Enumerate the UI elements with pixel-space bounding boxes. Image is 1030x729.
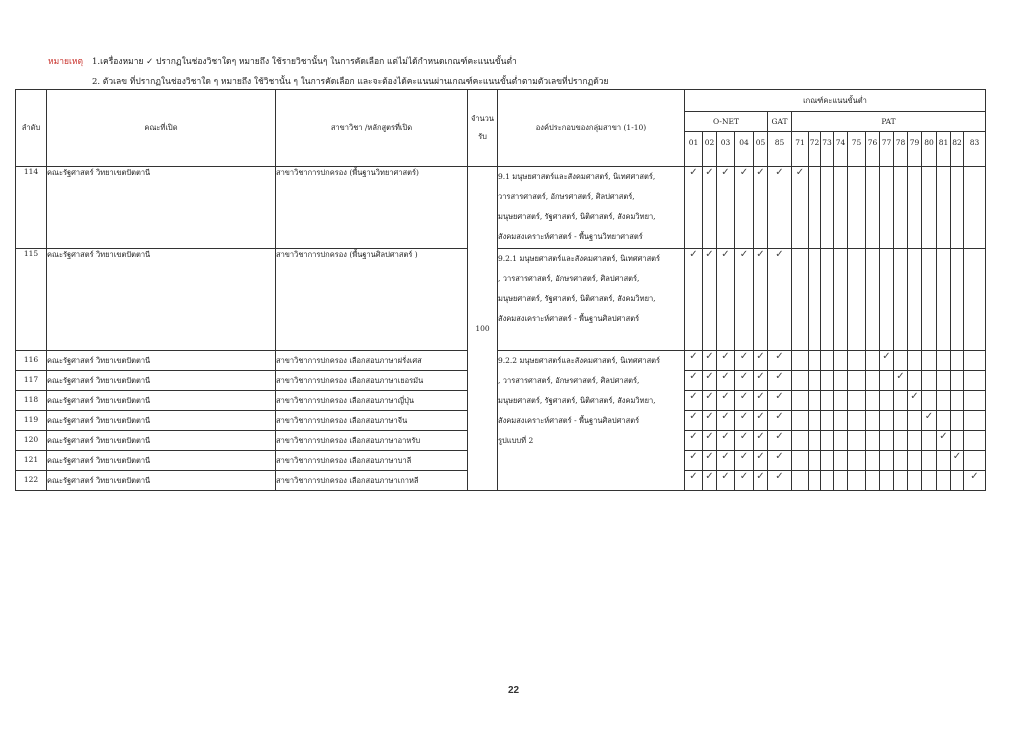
empty-cell: [964, 391, 986, 411]
check-icon-cell: ✓: [735, 451, 754, 471]
empty-cell: [866, 249, 880, 351]
quota-value: 100: [468, 167, 498, 491]
empty-cell: [922, 249, 937, 351]
empty-cell: [964, 411, 986, 431]
empty-cell: [848, 451, 866, 471]
empty-cell: [951, 411, 964, 431]
component-line: 9.1 มนุษยศาสตร์และสังคมศาสตร์, นิเทศศาสต…: [498, 167, 684, 187]
empty-cell: [951, 391, 964, 411]
empty-cell: [821, 371, 834, 391]
empty-cell: [908, 351, 922, 371]
subject-code-03: 03: [717, 132, 735, 167]
check-icon-cell: ✓: [685, 471, 703, 491]
subject-code-79: 79: [908, 132, 922, 167]
check-icon-cell: ✓: [754, 167, 768, 249]
empty-cell: [866, 411, 880, 431]
admission-criteria-table: ลำดับ คณะที่เปิด สาขาวิชา /หลักสูตรที่เป…: [15, 89, 986, 491]
check-icon-cell: ✓: [685, 167, 703, 249]
check-icon-cell: ✓: [685, 391, 703, 411]
table-row: 116คณะรัฐศาสตร์ วิทยาเขตปัตตานีสาขาวิชาก…: [16, 351, 986, 371]
check-icon-cell: ✓: [703, 371, 717, 391]
check-icon-cell: ✓: [768, 431, 792, 451]
empty-cell: [809, 451, 821, 471]
row-order: 122: [16, 471, 47, 491]
row-faculty: คณะรัฐศาสตร์ วิทยาเขตปัตตานี: [47, 411, 276, 431]
empty-cell: [922, 451, 937, 471]
row-faculty: คณะรัฐศาสตร์ วิทยาเขตปัตตานี: [47, 391, 276, 411]
empty-cell: [964, 351, 986, 371]
empty-cell: [894, 167, 908, 249]
empty-cell: [821, 411, 834, 431]
check-icon-cell: ✓: [685, 431, 703, 451]
empty-cell: [908, 451, 922, 471]
header-program: สาขาวิชา /หลักสูตรที่เปิด: [276, 90, 468, 167]
empty-cell: [922, 431, 937, 451]
check-icon-cell: ✓: [754, 431, 768, 451]
subject-code-05: 05: [754, 132, 768, 167]
row-program: สาขาวิชาการปกครอง เลือกสอบภาษาเยอรมัน: [276, 371, 468, 391]
check-icon-cell: ✓: [703, 391, 717, 411]
empty-cell: [894, 411, 908, 431]
empty-cell: [937, 167, 951, 249]
subject-code-71: 71: [792, 132, 809, 167]
row-order: 118: [16, 391, 47, 411]
check-icon-cell: ✓: [754, 411, 768, 431]
check-icon-cell: ✓: [735, 471, 754, 491]
header-quota: จำนวนรับ: [468, 90, 498, 167]
subject-code-73: 73: [821, 132, 834, 167]
check-icon-cell: ✓: [717, 451, 735, 471]
empty-cell: [834, 411, 848, 431]
subject-code-74: 74: [834, 132, 848, 167]
component-line: 9.2.2 มนุษยศาสตร์และสังคมศาสตร์, นิเทศศา…: [498, 351, 684, 371]
row-order: 119: [16, 411, 47, 431]
empty-cell: [951, 249, 964, 351]
check-icon-cell: ✓: [908, 391, 922, 411]
note-line-1: หมายเหตุ1.เครื่องหมาย ✓ ปรากฏในช่องวิชาใ…: [48, 52, 608, 72]
empty-cell: [937, 351, 951, 371]
empty-cell: [834, 371, 848, 391]
check-icon-cell: ✓: [768, 167, 792, 249]
check-icon-cell: ✓: [951, 451, 964, 471]
empty-cell: [880, 371, 894, 391]
subject-code-81: 81: [937, 132, 951, 167]
empty-cell: [894, 351, 908, 371]
empty-cell: [951, 471, 964, 491]
notes-label: หมายเหตุ: [48, 52, 92, 72]
empty-cell: [908, 249, 922, 351]
empty-cell: [880, 451, 894, 471]
table-row: 114คณะรัฐศาสตร์ วิทยาเขตปัตตานีสาขาวิชาก…: [16, 167, 986, 249]
check-icon-cell: ✓: [768, 351, 792, 371]
check-icon-cell: ✓: [685, 351, 703, 371]
empty-cell: [821, 471, 834, 491]
subject-code-76: 76: [866, 132, 880, 167]
row-order: 117: [16, 371, 47, 391]
table-row: 115คณะรัฐศาสตร์ วิทยาเขตปัตตานีสาขาวิชาก…: [16, 249, 986, 351]
empty-cell: [848, 371, 866, 391]
subject-code-77: 77: [880, 132, 894, 167]
empty-cell: [964, 431, 986, 451]
empty-cell: [964, 451, 986, 471]
check-icon-cell: ✓: [768, 371, 792, 391]
empty-cell: [880, 391, 894, 411]
row-program: สาขาวิชาการปกครอง เลือกสอบภาษาเกาหลี: [276, 471, 468, 491]
row-faculty: คณะรัฐศาสตร์ วิทยาเขตปัตตานี: [47, 451, 276, 471]
empty-cell: [908, 431, 922, 451]
subject-code-80: 80: [922, 132, 937, 167]
component-line: มนุษยศาสตร์, รัฐศาสตร์, นิติศาสตร์, สังค…: [498, 289, 684, 309]
empty-cell: [937, 471, 951, 491]
component-line: วารสารศาสตร์, อักษรศาสตร์, ศิลปศาสตร์,: [498, 187, 684, 207]
empty-cell: [894, 451, 908, 471]
empty-cell: [809, 411, 821, 431]
row-faculty: คณะรัฐศาสตร์ วิทยาเขตปัตตานี: [47, 167, 276, 249]
check-icon-cell: ✓: [922, 411, 937, 431]
empty-cell: [951, 371, 964, 391]
component-line: สังคมสงเคราะห์ศาสตร์ - พื้นฐานศิลปศาสตร์: [498, 309, 684, 329]
empty-cell: [866, 471, 880, 491]
empty-cell: [922, 391, 937, 411]
component-line: สังคมสงเคราะห์ศาสตร์ - พื้นฐานศิลปศาสตร์: [498, 411, 684, 431]
empty-cell: [937, 451, 951, 471]
check-icon-cell: ✓: [768, 471, 792, 491]
check-icon-cell: ✓: [792, 167, 809, 249]
empty-cell: [951, 351, 964, 371]
empty-cell: [834, 167, 848, 249]
subject-code-75: 75: [848, 132, 866, 167]
row-components: 9.2.1 มนุษยศาสตร์และสังคมศาสตร์, นิเทศศา…: [498, 249, 685, 351]
empty-cell: [834, 471, 848, 491]
empty-cell: [937, 249, 951, 351]
check-icon-cell: ✓: [754, 371, 768, 391]
header-faculty: คณะที่เปิด: [47, 90, 276, 167]
empty-cell: [880, 167, 894, 249]
empty-cell: [821, 451, 834, 471]
empty-cell: [792, 471, 809, 491]
check-icon-cell: ✓: [717, 351, 735, 371]
check-icon-cell: ✓: [717, 431, 735, 451]
empty-cell: [821, 351, 834, 371]
component-line: , วารสารศาสตร์, อักษรศาสตร์, ศิลปศาสตร์,: [498, 371, 684, 391]
subject-code-85: 85: [768, 132, 792, 167]
check-icon-cell: ✓: [685, 451, 703, 471]
notes-section: หมายเหตุ1.เครื่องหมาย ✓ ปรากฏในช่องวิชาใ…: [48, 52, 608, 92]
check-icon-cell: ✓: [735, 351, 754, 371]
row-order: 121: [16, 451, 47, 471]
empty-cell: [821, 431, 834, 451]
empty-cell: [964, 371, 986, 391]
check-icon-cell: ✓: [717, 391, 735, 411]
row-faculty: คณะรัฐศาสตร์ วิทยาเขตปัตตานี: [47, 371, 276, 391]
empty-cell: [848, 471, 866, 491]
check-icon-cell: ✓: [703, 431, 717, 451]
row-order: 116: [16, 351, 47, 371]
check-icon-cell: ✓: [685, 249, 703, 351]
empty-cell: [809, 351, 821, 371]
empty-cell: [848, 431, 866, 451]
row-components: 9.2.2 มนุษยศาสตร์และสังคมศาสตร์, นิเทศศา…: [498, 351, 685, 491]
empty-cell: [866, 451, 880, 471]
row-faculty: คณะรัฐศาสตร์ วิทยาเขตปัตตานี: [47, 249, 276, 351]
empty-cell: [922, 471, 937, 491]
row-program: สาขาวิชาการปกครอง เลือกสอบภาษาฝรั่งเศส: [276, 351, 468, 371]
empty-cell: [848, 249, 866, 351]
empty-cell: [951, 431, 964, 451]
empty-cell: [848, 167, 866, 249]
empty-cell: [880, 471, 894, 491]
check-icon-cell: ✓: [703, 451, 717, 471]
header-onet: O-NET: [685, 112, 768, 132]
empty-cell: [880, 249, 894, 351]
check-icon-cell: ✓: [703, 471, 717, 491]
subject-code-83: 83: [964, 132, 986, 167]
row-components: 9.1 มนุษยศาสตร์และสังคมศาสตร์, นิเทศศาสต…: [498, 167, 685, 249]
subject-code-72: 72: [809, 132, 821, 167]
check-icon-cell: ✓: [717, 471, 735, 491]
empty-cell: [922, 167, 937, 249]
empty-cell: [809, 371, 821, 391]
empty-cell: [922, 371, 937, 391]
empty-cell: [937, 411, 951, 431]
empty-cell: [964, 249, 986, 351]
empty-cell: [792, 431, 809, 451]
empty-cell: [809, 391, 821, 411]
component-line: 9.2.1 มนุษยศาสตร์และสังคมศาสตร์, นิเทศศา…: [498, 249, 684, 269]
header-pat: PAT: [792, 112, 986, 132]
check-icon-cell: ✓: [754, 451, 768, 471]
empty-cell: [834, 391, 848, 411]
empty-cell: [792, 451, 809, 471]
empty-cell: [937, 371, 951, 391]
row-program: สาขาวิชาการปกครอง เลือกสอบภาษาอาหรับ: [276, 431, 468, 451]
check-icon-cell: ✓: [703, 167, 717, 249]
empty-cell: [894, 471, 908, 491]
component-line: รูปแบบที่ 2: [498, 431, 684, 451]
check-icon-cell: ✓: [717, 371, 735, 391]
row-program: สาขาวิชาการปกครอง เลือกสอบภาษาญี่ปุ่น: [276, 391, 468, 411]
empty-cell: [792, 351, 809, 371]
check-icon-cell: ✓: [717, 411, 735, 431]
row-order: 115: [16, 249, 47, 351]
empty-cell: [809, 167, 821, 249]
check-icon-cell: ✓: [703, 351, 717, 371]
page-number: 22: [508, 685, 519, 696]
empty-cell: [866, 431, 880, 451]
check-icon-cell: ✓: [880, 351, 894, 371]
check-icon-cell: ✓: [703, 411, 717, 431]
row-faculty: คณะรัฐศาสตร์ วิทยาเขตปัตตานี: [47, 351, 276, 371]
empty-cell: [792, 391, 809, 411]
check-icon-cell: ✓: [937, 431, 951, 451]
empty-cell: [821, 167, 834, 249]
subject-code-82: 82: [951, 132, 964, 167]
empty-cell: [866, 351, 880, 371]
component-line: สังคมสงเคราะห์ศาสตร์ - พื้นฐานวิทยาศาสตร…: [498, 227, 684, 247]
empty-cell: [964, 167, 986, 249]
header-criteria: เกณฑ์คะแนนขั้นต่ำ: [685, 90, 986, 112]
empty-cell: [834, 351, 848, 371]
empty-cell: [866, 371, 880, 391]
empty-cell: [908, 471, 922, 491]
empty-cell: [834, 249, 848, 351]
check-icon-cell: ✓: [735, 411, 754, 431]
check-icon-cell: ✓: [717, 167, 735, 249]
component-line: มนุษยศาสตร์, รัฐศาสตร์, นิติศาสตร์, สังค…: [498, 391, 684, 411]
empty-cell: [894, 431, 908, 451]
row-order: 120: [16, 431, 47, 451]
header-components: องค์ประกอบของกลุ่มสาขา (1-10): [498, 90, 685, 167]
empty-cell: [809, 471, 821, 491]
empty-cell: [834, 431, 848, 451]
check-icon-cell: ✓: [685, 411, 703, 431]
empty-cell: [848, 391, 866, 411]
check-icon-cell: ✓: [685, 371, 703, 391]
check-icon-cell: ✓: [754, 351, 768, 371]
empty-cell: [792, 371, 809, 391]
header-order: ลำดับ: [16, 90, 47, 167]
empty-cell: [922, 351, 937, 371]
empty-cell: [821, 391, 834, 411]
check-icon-cell: ✓: [768, 391, 792, 411]
check-icon-cell: ✓: [754, 391, 768, 411]
empty-cell: [951, 167, 964, 249]
check-icon-cell: ✓: [717, 249, 735, 351]
check-icon-cell: ✓: [768, 249, 792, 351]
check-icon-cell: ✓: [735, 167, 754, 249]
empty-cell: [848, 411, 866, 431]
check-icon-cell: ✓: [754, 249, 768, 351]
row-program: สาขาวิชาการปกครอง เลือกสอบภาษาบาลี: [276, 451, 468, 471]
empty-cell: [937, 391, 951, 411]
empty-cell: [866, 391, 880, 411]
subject-code-02: 02: [703, 132, 717, 167]
row-faculty: คณะรัฐศาสตร์ วิทยาเขตปัตตานี: [47, 431, 276, 451]
empty-cell: [792, 411, 809, 431]
check-icon-cell: ✓: [768, 451, 792, 471]
empty-cell: [809, 249, 821, 351]
empty-cell: [866, 167, 880, 249]
empty-cell: [894, 391, 908, 411]
row-order: 114: [16, 167, 47, 249]
row-faculty: คณะรัฐศาสตร์ วิทยาเขตปัตตานี: [47, 471, 276, 491]
empty-cell: [908, 411, 922, 431]
component-line: , วารสารศาสตร์, อักษรศาสตร์, ศิลปศาสตร์,: [498, 269, 684, 289]
subject-code-78: 78: [894, 132, 908, 167]
check-icon-cell: ✓: [754, 471, 768, 491]
check-icon-cell: ✓: [735, 249, 754, 351]
empty-cell: [880, 411, 894, 431]
check-icon-cell: ✓: [964, 471, 986, 491]
row-program: สาขาวิชาการปกครอง (พื้นฐานศิลปศาสตร์ ): [276, 249, 468, 351]
subject-code-04: 04: [735, 132, 754, 167]
check-icon-cell: ✓: [703, 249, 717, 351]
empty-cell: [894, 249, 908, 351]
row-program: สาขาวิชาการปกครอง เลือกสอบภาษาจีน: [276, 411, 468, 431]
empty-cell: [792, 249, 809, 351]
empty-cell: [908, 167, 922, 249]
check-icon-cell: ✓: [768, 411, 792, 431]
empty-cell: [880, 431, 894, 451]
component-line: มนุษยศาสตร์, รัฐศาสตร์, นิติศาสตร์, สังค…: [498, 207, 684, 227]
check-icon-cell: ✓: [735, 371, 754, 391]
check-icon-cell: ✓: [735, 431, 754, 451]
empty-cell: [908, 371, 922, 391]
check-icon-cell: ✓: [735, 391, 754, 411]
empty-cell: [821, 249, 834, 351]
empty-cell: [834, 451, 848, 471]
check-icon-cell: ✓: [894, 371, 908, 391]
row-program: สาขาวิชาการปกครอง (พื้นฐานวิทยาศาสตร์): [276, 167, 468, 249]
header-gat: GAT: [768, 112, 792, 132]
empty-cell: [848, 351, 866, 371]
empty-cell: [809, 431, 821, 451]
subject-code-01: 01: [685, 132, 703, 167]
